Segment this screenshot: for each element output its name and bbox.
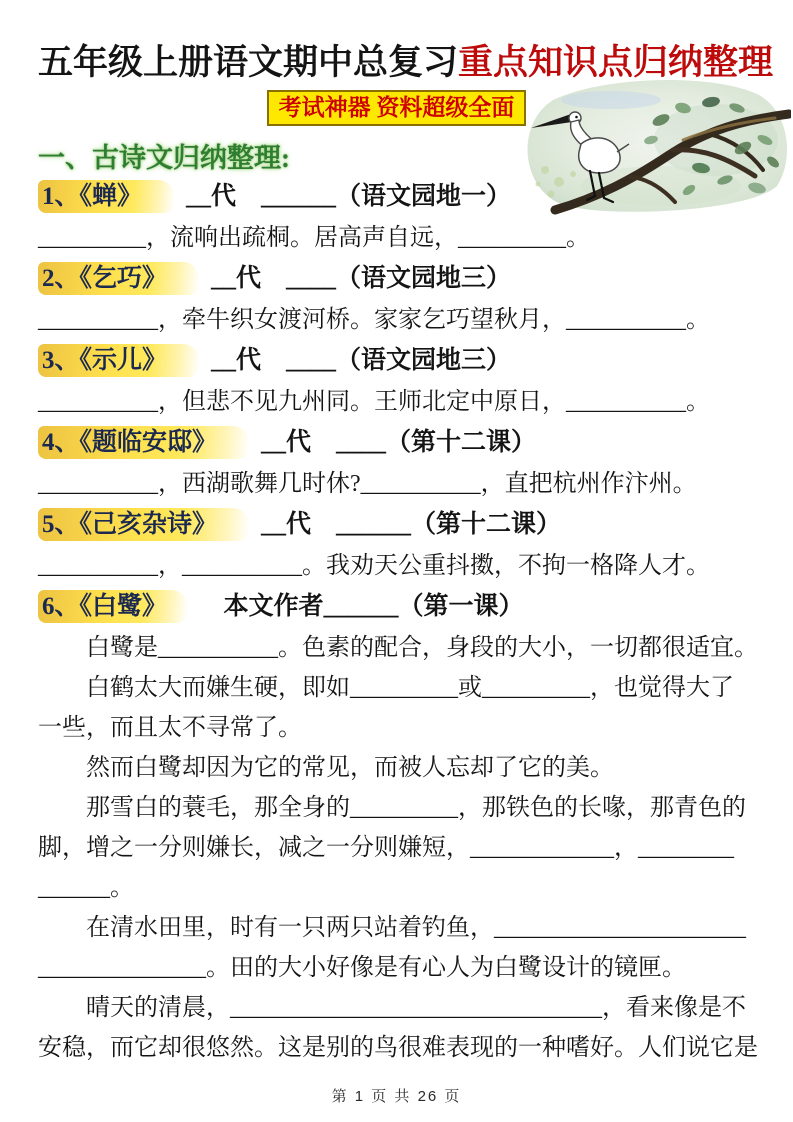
item-title-highlight: 6、《白鹭》 bbox=[38, 590, 187, 623]
text-line: 白鹭是__________。色素的配合，身段的大小，一切都很适宜。 bbox=[38, 628, 755, 668]
item-header-text: __代 ____（语文园地三） bbox=[211, 347, 511, 374]
item-header-text: __代 ______（第十二课） bbox=[261, 511, 561, 538]
text-line: 那雪白的蓑毛，那全身的_________，那铁色的长喙，那青色的 bbox=[38, 788, 755, 828]
item-header: 6、《白鹭》 本文作者______（第一课） bbox=[38, 586, 755, 628]
item-header: 2、《乞巧》__代 ____（语文园地三） bbox=[38, 258, 755, 300]
badge-row: 考试神器 资料超级全面 bbox=[38, 90, 755, 126]
exam-tool-badge: 考试神器 资料超级全面 bbox=[267, 90, 527, 126]
text-line: 晴天的清晨，_______________________________，看来… bbox=[38, 988, 755, 1028]
item-header-text: 本文作者______（第一课） bbox=[199, 593, 524, 620]
item-header-text: __代 ____（语文园地三） bbox=[211, 265, 511, 292]
item-title-highlight: 2、《乞巧》 bbox=[38, 262, 199, 295]
items: 1、《蝉》__代 ______（语文园地一）_________，流响出疏桐。居高… bbox=[38, 176, 755, 1068]
text-line: __________，但悲不见九州同。王师北定中原日，__________。 bbox=[38, 382, 755, 422]
text-line: 脚，增之一分则嫌长，减之一分则嫌短，____________，________ bbox=[38, 828, 755, 868]
item-header-text: __代 ____（第十二课） bbox=[261, 429, 536, 456]
section-heading: 一、古诗文归纳整理: bbox=[38, 140, 755, 176]
text-line: ______________。田的大小好像是有心人为白鹭设计的镜匣。 bbox=[38, 948, 755, 988]
text-line: 一些，而且太不寻常了。 bbox=[38, 708, 755, 748]
text-line: 安稳，而它却很悠然。这是别的鸟很难表现的一种嗜好。人们说它是 bbox=[38, 1028, 755, 1068]
text-line: __________，牵牛织女渡河桥。家家乞巧望秋月，__________。 bbox=[38, 300, 755, 340]
worksheet-page: 五年级上册语文期中总复习重点知识点归纳整理 考试神器 资料超级全面 bbox=[0, 0, 793, 1122]
text-line: _________，流响出疏桐。居高声自远，_________。 bbox=[38, 218, 755, 258]
page-title-red-part: 重点知识点归纳整理 bbox=[458, 43, 773, 82]
item-title-highlight: 3、《示儿》 bbox=[38, 344, 199, 377]
text-line: __________，西湖歌舞几时休?__________，直把杭州作汴州。 bbox=[38, 464, 755, 504]
page-number-footer: 第 1 页 共 26 页 bbox=[0, 1085, 793, 1106]
item-title-highlight: 1、《蝉》 bbox=[38, 180, 174, 213]
item-title-highlight: 5、《己亥杂诗》 bbox=[38, 508, 249, 541]
text-line: 在清水田里，时有一只两只站着钓鱼，_____________________ bbox=[38, 908, 755, 948]
item-header-text: __代 ______（语文园地一） bbox=[186, 183, 511, 210]
item-title-highlight: 4、《题临安邸》 bbox=[38, 426, 249, 459]
text-line: 然而白鹭却因为它的常见，而被人忘却了它的美。 bbox=[38, 748, 755, 788]
text-line: ______。 bbox=[38, 868, 755, 908]
item-header: 3、《示儿》__代 ____（语文园地三） bbox=[38, 340, 755, 382]
item-header: 5、《己亥杂诗》__代 ______（第十二课） bbox=[38, 504, 755, 546]
page-title-black-part: 五年级上册语文期中总复习 bbox=[38, 43, 458, 82]
text-line: __________，__________。我劝天公重抖擞，不拘一格降人才。 bbox=[38, 546, 755, 586]
item-header: 1、《蝉》__代 ______（语文园地一） bbox=[38, 176, 755, 218]
item-header: 4、《题临安邸》__代 ____（第十二课） bbox=[38, 422, 755, 464]
text-line: 白鹤太大而嫌生硬，即如_________或_________，也觉得大了 bbox=[38, 668, 755, 708]
